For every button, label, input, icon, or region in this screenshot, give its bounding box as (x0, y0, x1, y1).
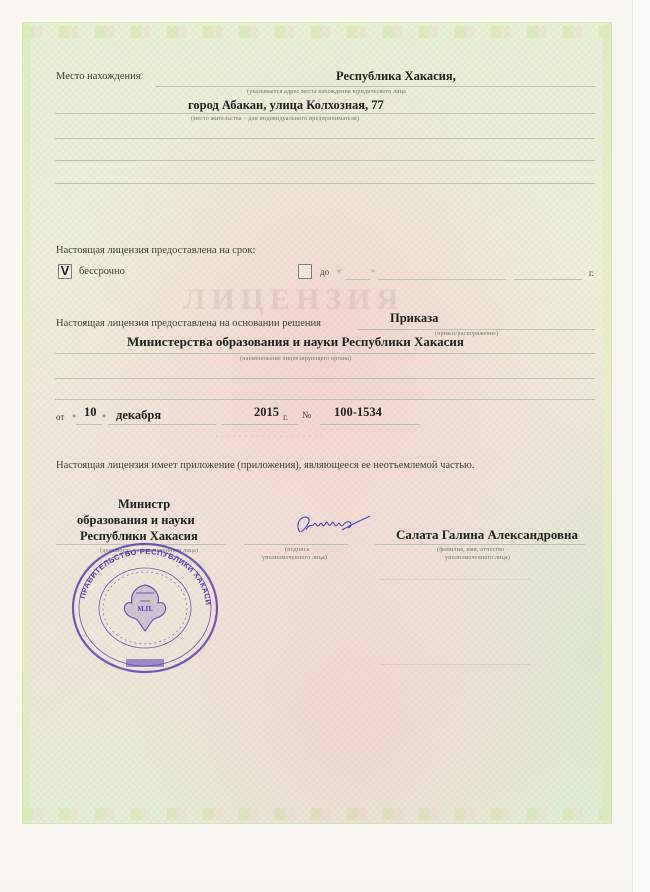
year-suffix: г. (283, 412, 288, 422)
authority-line (55, 353, 595, 354)
official-seal-icon: М.П. ПРАВИТЕЛЬСТВО РЕСПУБЛИКИ ХАКАСИЯ (70, 541, 220, 676)
until-month-field[interactable] (378, 279, 506, 280)
bleed-through-text-2: ______________________________ (380, 655, 530, 666)
until-prefix: до (320, 267, 329, 277)
date-year: 2015 (254, 405, 279, 420)
name-line (375, 544, 585, 545)
signature-icon (292, 510, 372, 540)
location-region: Республика Хакасия, (336, 69, 456, 84)
until-close-quote: » (371, 266, 375, 275)
location-line-2 (55, 113, 595, 114)
number-sign: № (302, 411, 311, 421)
signature-hint-1: (подпись (285, 547, 310, 553)
until-year-field[interactable] (514, 279, 582, 280)
term-label: Настоящая лицензия предоставлена на срок… (56, 245, 255, 256)
until-open-quote: « (337, 266, 341, 275)
security-border-right (603, 23, 611, 823)
until-day-field[interactable] (345, 279, 370, 280)
ghost-backprint-text: · · · · · · · · · · · · · · · · · · · (215, 432, 323, 443)
blank-line-4 (55, 378, 595, 379)
location-line-1 (155, 86, 595, 87)
security-border-left (23, 23, 31, 823)
decision-type-line (357, 329, 595, 330)
name-hint-1: (фамилия, имя, отчество (437, 547, 504, 553)
licensing-authority: Министерства образования и науки Республ… (127, 334, 464, 350)
signature-line (244, 544, 348, 545)
signature-hint-2: уполномоченного лица) (262, 555, 327, 561)
year-field-line (222, 424, 298, 425)
location-hint-2: (место жительства – для индивидуального … (191, 116, 359, 122)
order-number: 100-1534 (334, 405, 382, 420)
number-field-line (320, 424, 420, 425)
location-address: город Абакан, улица Колхозная, 77 (188, 98, 384, 113)
date-close-quote: » (102, 411, 106, 420)
check-mark-icon: V (59, 263, 71, 278)
bleed-through-text-1: ______________________________ (380, 570, 530, 581)
until-date-checkbox[interactable] (298, 264, 312, 279)
blank-line-3 (55, 183, 595, 184)
security-border-bottom (23, 808, 611, 820)
month-field-line (108, 424, 216, 425)
signatory-name: Салата Галина Александровна (396, 527, 578, 543)
location-label: Место нахождения (56, 71, 141, 82)
date-prefix: от (56, 412, 64, 422)
perpetual-label: бессрочно (79, 266, 125, 277)
basis-label: Настоящая лицензия предоставлена на осно… (56, 318, 321, 329)
day-field-line (76, 424, 102, 425)
name-hint-2: уполномоченного лица) (445, 555, 510, 561)
decision-type: Приказа (390, 311, 438, 326)
date-month: декабря (116, 408, 161, 423)
security-border-top (23, 26, 611, 38)
appendix-note: Настоящая лицензия имеет приложение (при… (56, 460, 475, 471)
authority-hint: (наименование лицензирующего органа) (240, 356, 351, 362)
position-line-1: Министр (118, 497, 170, 512)
perpetual-checkbox[interactable]: V (58, 264, 72, 279)
page-edge (632, 0, 650, 892)
until-year-suffix: г. (589, 268, 594, 278)
location-hint-1: (указывается адрес места нахождения юрид… (247, 89, 406, 95)
position-line-2: образования и науки (77, 513, 195, 528)
blank-line-5 (55, 399, 595, 400)
date-day: 10 (84, 405, 97, 420)
license-form: ЛИЦЕНЗИЯ (22, 22, 612, 824)
blank-line-1 (55, 138, 595, 139)
svg-text:М.П.: М.П. (137, 605, 153, 613)
background-watermark: ЛИЦЕНЗИЯ (183, 283, 404, 317)
date-open-quote: « (72, 411, 76, 420)
blank-line-2 (55, 160, 595, 161)
